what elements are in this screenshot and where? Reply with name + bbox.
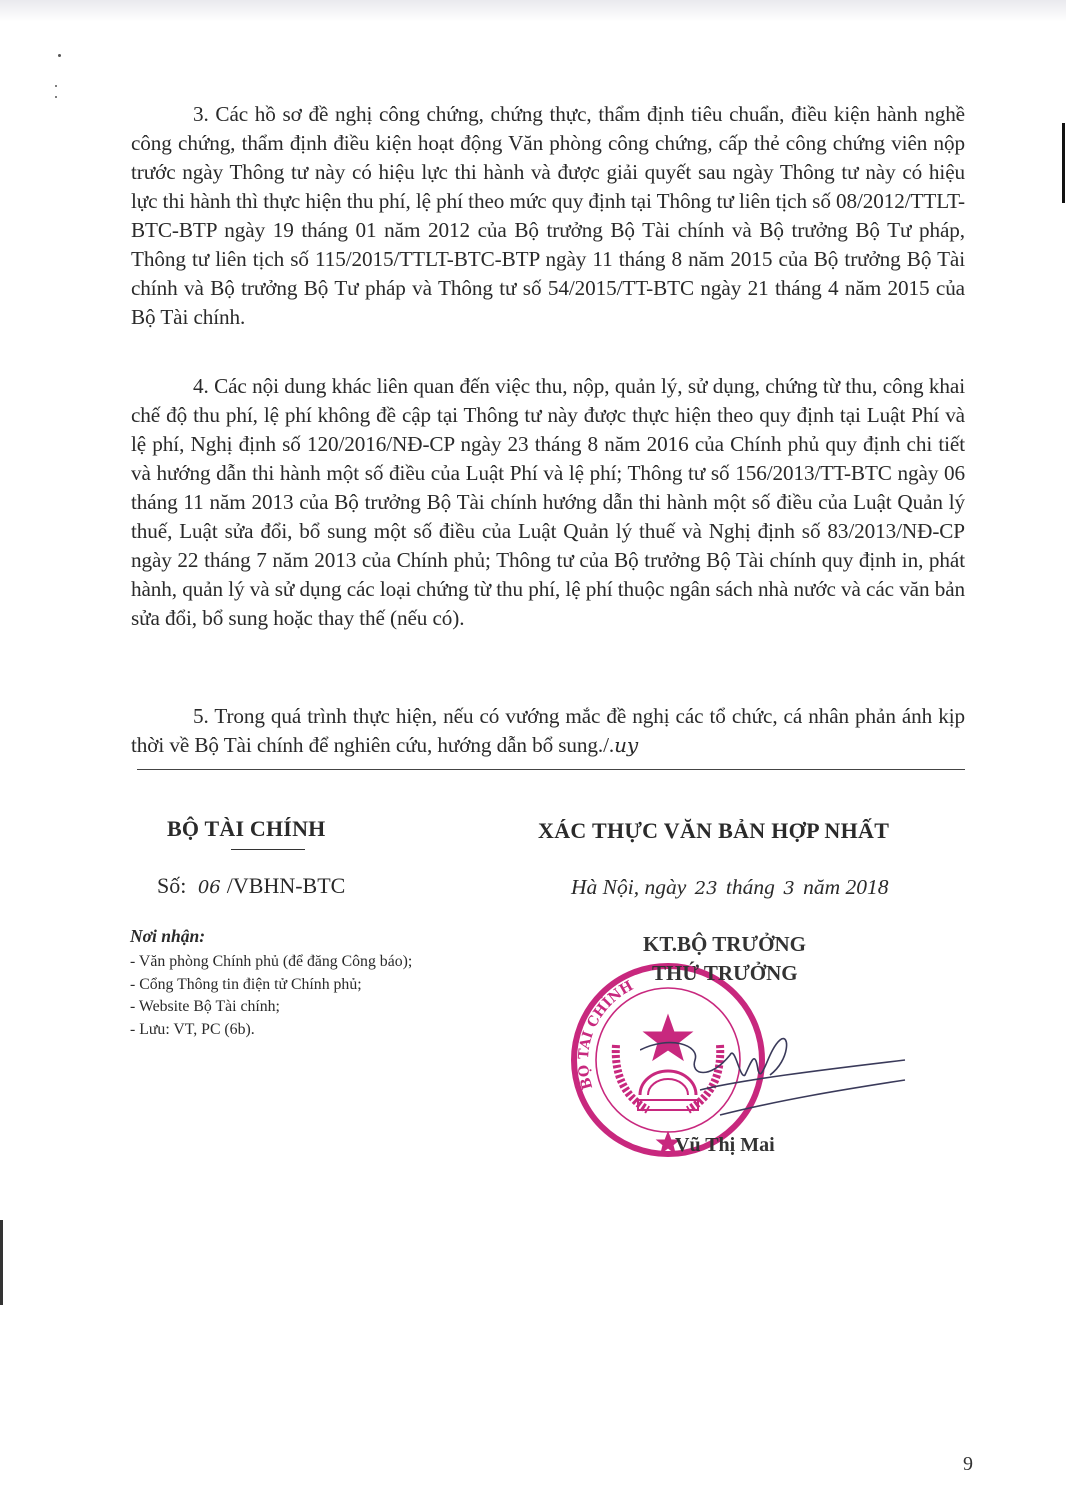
initials-mark: uy: [614, 733, 638, 757]
document-number: Số: 06/VBHN-BTC: [157, 873, 345, 899]
paragraph-5-text: 5. Trong quá trình thực hiện, nếu có vướ…: [131, 702, 965, 760]
signer-role-secondary: THỨ TRƯỞNG: [652, 961, 798, 986]
authentication-title: XÁC THỰC VĂN BẢN HỢP NHẤT: [538, 818, 889, 844]
recipient-item: - Lưu: VT, PC (6b).: [130, 1019, 412, 1042]
handwritten-signature: [640, 1020, 910, 1120]
number-prefix: Số:: [157, 873, 186, 898]
recipients-title: Nơi nhận:: [130, 926, 205, 947]
recipient-item: - Website Bộ Tài chính;: [130, 996, 412, 1019]
recipient-item: - Cổng Thông tin điện tử Chính phủ;: [130, 974, 412, 997]
day-handwritten: 23: [695, 878, 718, 899]
signer-role-primary: KT.BỘ TRƯỞNG: [643, 932, 806, 957]
paragraph-3: 3. Các hồ sơ đề nghị công chứng, chứng t…: [131, 100, 965, 332]
month-handwritten: 3: [783, 878, 794, 899]
scan-speck: [55, 96, 57, 98]
org-name-underline: [231, 849, 305, 850]
place-date: Hà Nội, ngày 23 tháng 3 năm 2018: [571, 875, 889, 900]
scan-speck: [55, 85, 57, 87]
paragraph-4: 4. Các nội dung khác liên quan đến việc …: [131, 372, 965, 633]
paragraph-3-text: 3. Các hồ sơ đề nghị công chứng, chứng t…: [131, 100, 965, 332]
paragraph-5-body: 5. Trong quá trình thực hiện, nếu có vướ…: [131, 704, 965, 757]
year-label: năm 2018: [803, 875, 888, 899]
place-label: Hà Nội, ngày: [571, 875, 686, 899]
paragraph-5: 5. Trong quá trình thực hiện, nếu có vướ…: [131, 702, 965, 760]
scan-top-shadow: [0, 0, 1066, 22]
recipients-list: - Văn phòng Chính phủ (để đăng Công báo)…: [130, 951, 412, 1041]
scan-edge-mark: [0, 1220, 3, 1305]
recipient-item: - Văn phòng Chính phủ (để đăng Công báo)…: [130, 951, 412, 974]
scan-speck: [58, 54, 61, 57]
number-suffix: /VBHN-BTC: [227, 873, 346, 898]
svg-text:BỘ TÀI CHÍNH: BỘ TÀI CHÍNH: [573, 978, 636, 1091]
scan-edge-mark: [1062, 123, 1065, 203]
seal-text: BỘ TÀI CHÍNH: [573, 978, 636, 1091]
month-label: tháng: [726, 875, 775, 899]
page-number: 9: [963, 1453, 973, 1476]
number-handwritten: 06: [198, 877, 221, 898]
issuer-org-name: BỘ TÀI CHÍNH: [167, 816, 325, 842]
signer-name: Vũ Thị Mai: [675, 1134, 775, 1157]
paragraph-4-text: 4. Các nội dung khác liên quan đến việc …: [131, 372, 965, 633]
section-divider: [137, 769, 965, 770]
